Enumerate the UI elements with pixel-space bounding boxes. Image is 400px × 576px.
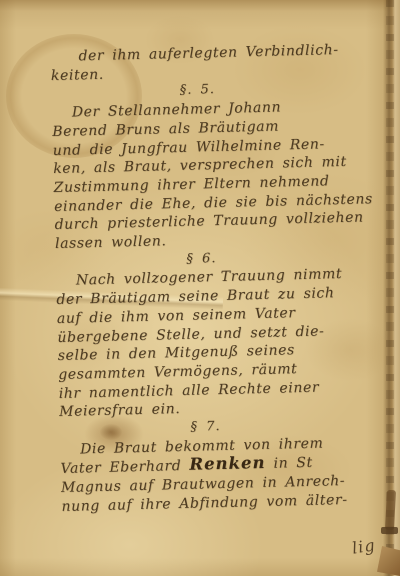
text-fragment: Vater Eberhard: [60, 458, 189, 477]
handwritten-text-block: der ihm auferlegten Verbindlich- keiten.…: [50, 40, 373, 516]
text-fragment: in St: [265, 455, 313, 472]
torn-corner-flap: [377, 546, 400, 576]
catchword: lig: [351, 535, 377, 557]
manuscript-page: der ihm auferlegten Verbindlich- keiten.…: [0, 0, 400, 576]
torn-edge-notch: [381, 527, 398, 534]
surname-renken: Renken: [189, 453, 266, 474]
